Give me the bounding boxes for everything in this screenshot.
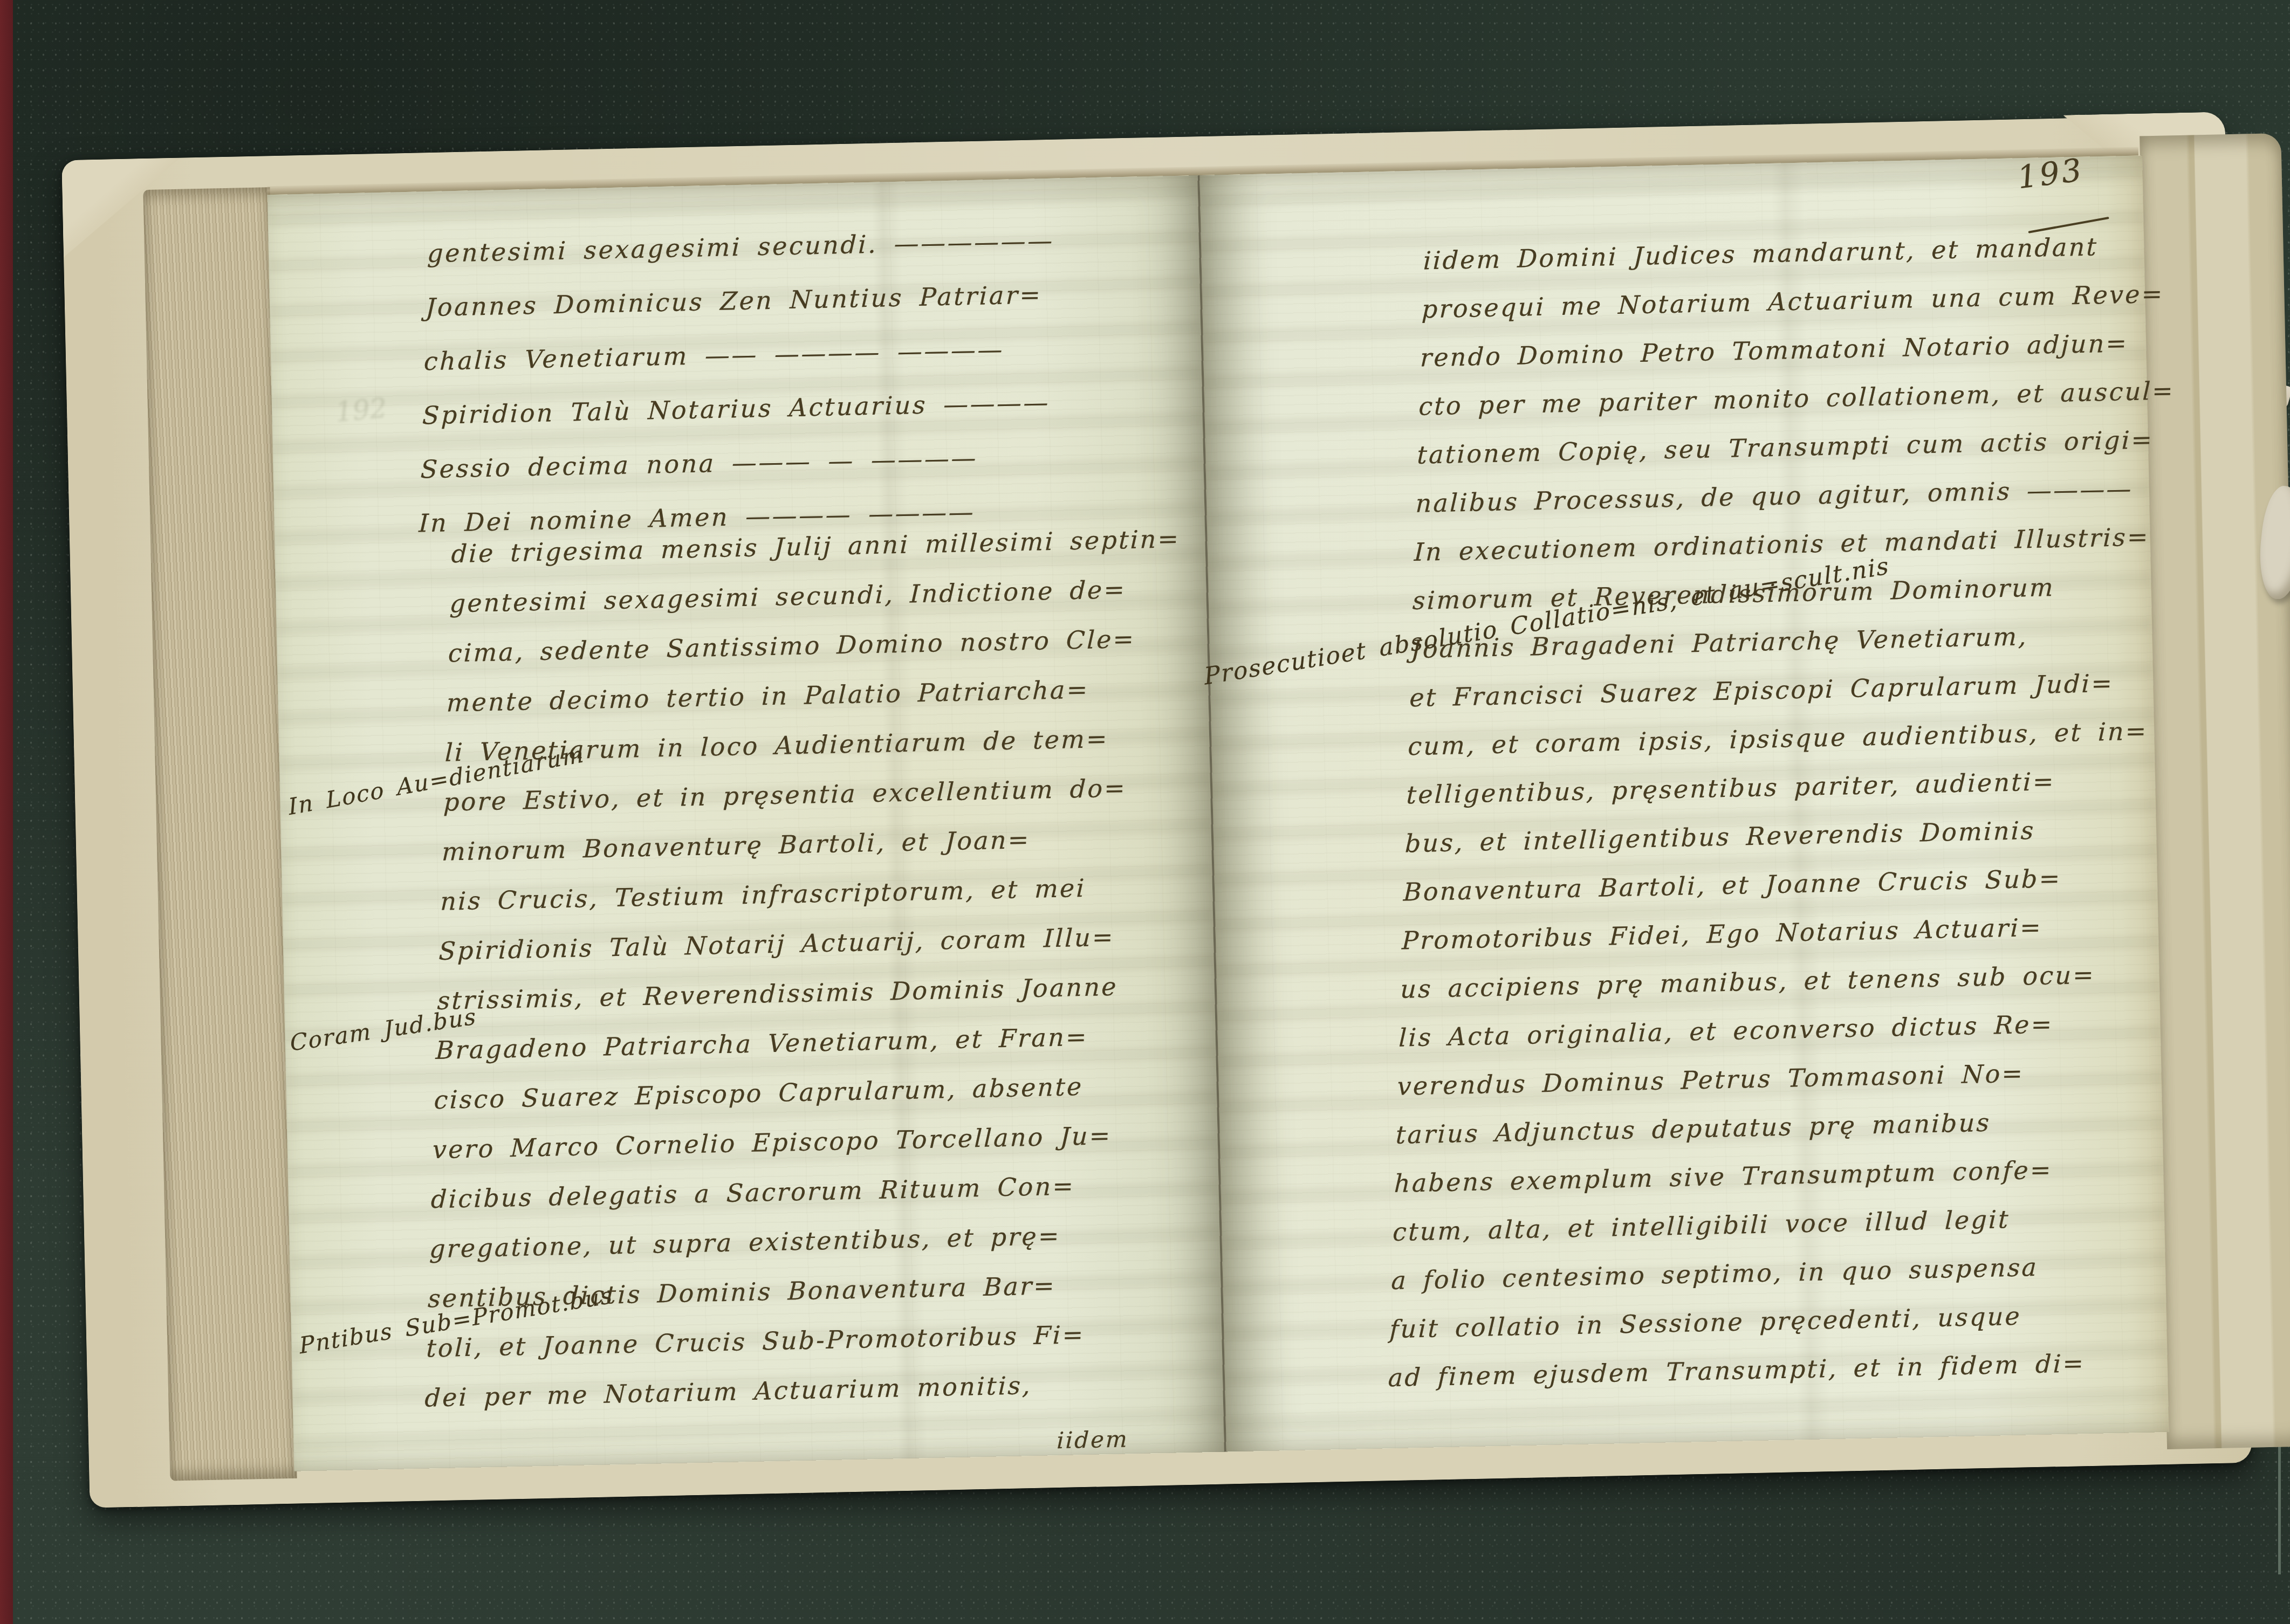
photograph-of-open-manuscript: 192 gentesimi sexagesimi secundi. ——————… xyxy=(0,0,2290,1624)
right-page-body-block: iidem Domini Judices mandarunt, et manda… xyxy=(1387,230,2180,1412)
bleedthrough-folio-number: 192 xyxy=(334,393,388,428)
catchword: iidem xyxy=(1057,1426,1129,1454)
vellum-bound-book: 192 gentesimi sexagesimi secundi. ——————… xyxy=(61,115,2252,1508)
red-table-edge-strip xyxy=(0,0,13,1624)
left-page-header-block: gentesimi sexagesimi secundi. ——————Joan… xyxy=(417,226,1055,563)
